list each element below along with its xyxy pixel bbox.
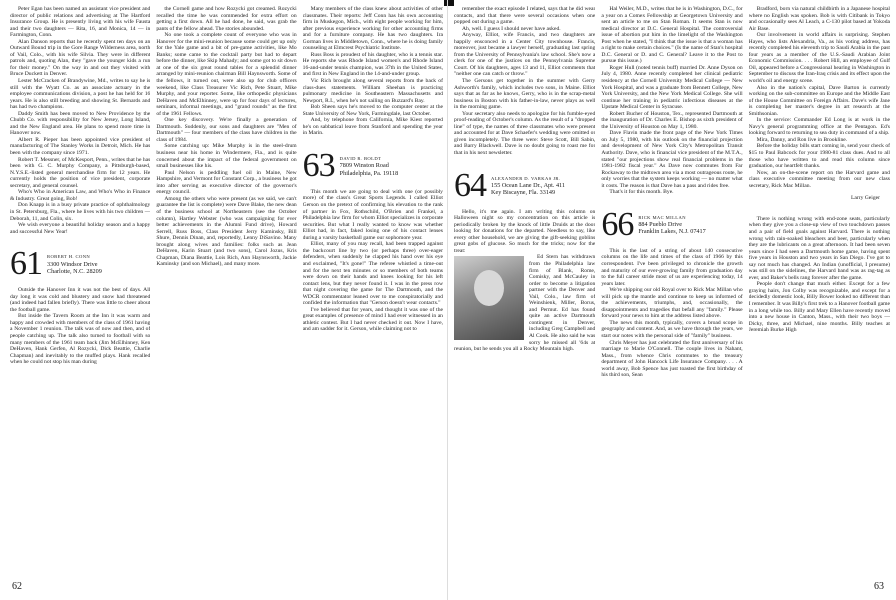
paragraph: I've believed that for years, and though… [303, 307, 443, 333]
paragraph: Robert Bucher of Houston, Tex., represen… [601, 111, 742, 131]
paragraph: Russ Boss is proudest of his daughter, w… [303, 52, 443, 78]
paragraph: Vic Rich brought along several reports f… [303, 78, 443, 104]
secretary-address: DAVID R. BOLDT 7809 Winston Road Philade… [340, 155, 399, 177]
paragraph: Robert T. Messner, of McKesport, Penn., … [10, 157, 150, 190]
paragraph: Hello, it's me again. I am writing this … [454, 209, 595, 255]
secretary-name: RICK MAC MILLAN [638, 214, 705, 221]
paragraph: Lester McCracken of Brandywine, Md., wri… [10, 78, 150, 111]
left-column-2: the Cornell game and how Rozycki got cre… [156, 6, 296, 566]
paragraph: Among the others who were present (as we… [156, 196, 296, 268]
magazine-spread: Peter Egan has been named an assistant v… [0, 0, 896, 600]
paragraph: Chris Meyer has just celebrated the firs… [601, 340, 742, 379]
left-column-3: Many members of the class knew about act… [303, 6, 443, 566]
paragraph: Hal Weiler, M.D., writes that he is in W… [601, 6, 742, 65]
paragraph: Roger Hull (noted tennis buff) married D… [601, 65, 742, 111]
paragraph: In the service: Commander Ed Long is at … [749, 117, 890, 137]
paragraph: One key discovery. We're finally a gener… [156, 117, 296, 143]
secretary-name: ALEXANDER D. VARKAS JR. [491, 175, 565, 182]
paragraph: Bradford, born via natural childbirth in… [749, 6, 890, 32]
right-column-1: remember the exact episode I related, sa… [454, 6, 595, 566]
secretary-address: ALEXANDER D. VARKAS JR. 155 Ocean Lane D… [491, 175, 565, 197]
right-column-3: Bradford, born via natural childbirth in… [749, 6, 890, 566]
secretary-name: DAVID R. BOLDT [340, 155, 399, 162]
street: 3300 Windsor Drive [47, 261, 102, 268]
paragraph: Your secretary also needs to apologize f… [454, 111, 595, 157]
class-year-number: 64 [454, 171, 486, 201]
street: 155 Ocean Lane Dr., Apt. 411 [491, 182, 565, 189]
paragraph: No one took a complete count of everyone… [156, 32, 296, 117]
paragraph: Our involvement in world affairs is surp… [749, 32, 890, 84]
city: Charlotte, N.C. 28209 [47, 268, 102, 275]
paragraph: But inside the Tavern Room at the Inn it… [10, 313, 150, 365]
paragraph: Anyway, Elliot, wife Francis, and two da… [454, 32, 595, 78]
paragraph: Paul Nelson is peddling fuel oil in Main… [156, 170, 296, 196]
paragraph: Bob Sheen says he's moved to the compute… [303, 104, 443, 117]
paragraph: We're shipping our old Royal over to Ric… [601, 287, 742, 320]
class-year-number: 66 [601, 210, 633, 240]
paragraph: Now, an on-the-scene report on the Harva… [749, 170, 890, 190]
street: 7809 Winston Road [340, 162, 399, 169]
paragraph: This is the last of a string of about 14… [601, 248, 742, 287]
paragraph: The Gersons get together in the summer w… [454, 78, 595, 111]
right-column-2: Hal Weiler, M.D., writes that he is in W… [601, 6, 742, 566]
class-header-63: 63 DAVID R. BOLDT 7809 Winston Road Phil… [303, 151, 443, 181]
page-number: 62 [12, 581, 22, 592]
paragraph: remember the exact episode I related, sa… [454, 6, 595, 26]
paragraph: Don Knapp is in a busy private practice … [10, 202, 150, 222]
class-year-number: 63 [303, 151, 335, 181]
paragraph: the Cornell game and how Rozycki got cre… [156, 6, 296, 32]
city: Philadelphia, Pa. 19118 [340, 170, 399, 177]
paragraph: And, by telephone from California, Mike … [303, 117, 443, 137]
portrait-photo [454, 256, 524, 340]
paragraph: Alan Danson reports that he recently spe… [10, 39, 150, 78]
paragraph: Before the holiday bills start coming in… [749, 143, 890, 169]
paragraph: Peter Egan has been named an assistant v… [10, 6, 150, 39]
class-header-64: 64 ALEXANDER D. VARKAS JR. 155 Ocean Lan… [454, 171, 595, 201]
city: Key Biscayne, Fla. 33149 [491, 189, 565, 196]
right-page: remember the exact episode I related, sa… [448, 0, 896, 600]
class-header-66: 66 RICK MAC MILLAN 884 Pueblo Drive Fran… [601, 210, 742, 240]
street: 884 Pueblo Drive [638, 221, 705, 228]
paragraph: We wish everyone a beautiful holiday sea… [10, 222, 150, 235]
paragraph: People don't change that much either. Ex… [749, 281, 890, 333]
paragraph: Who's Who in American Law, and Who's Who… [10, 189, 150, 202]
city: Franklin Lakes, N.J. 07417 [638, 228, 705, 235]
paragraph: Elliot, many of you may recall, had been… [303, 241, 443, 306]
paragraph: Outside the Hanover Inn it was not the b… [10, 287, 150, 313]
secretary-name: ROBERT H. CONN [47, 253, 102, 260]
class-header-61: 61 ROBERT H. CONN 3300 Windsor Drive Cha… [10, 249, 150, 279]
secretary-address: RICK MAC MILLAN 884 Pueblo Drive Frankli… [638, 214, 705, 236]
page-number: 63 [874, 581, 884, 592]
paragraph: Also in the nation's capital, Dave Barto… [749, 85, 890, 118]
paragraph: This month we are going to deal with one… [303, 189, 443, 241]
paragraph: Daddy Smith has been moved to New Provid… [10, 111, 150, 137]
class-year-number: 61 [10, 249, 42, 279]
paragraph: The news this month, typically, covers a… [601, 320, 742, 340]
secretary-address: ROBERT H. CONN 3300 Windsor Drive Charlo… [47, 253, 102, 275]
paragraph: There is nothing wrong with end-zone sea… [749, 216, 890, 281]
left-column-1: Peter Egan has been named an assistant v… [10, 6, 150, 566]
paragraph: Albert R. Pieper has been appointed vice… [10, 137, 150, 157]
paragraph: Some catching up: Mike Murphy is in the … [156, 143, 296, 169]
left-page: Peter Egan has been named an assistant v… [0, 0, 448, 600]
paragraph: Many members of the class knew about act… [303, 6, 443, 52]
paragraph: Dave Flavin made the front page of the N… [601, 130, 742, 189]
paragraph: That's it for this month. Bye. [601, 189, 742, 196]
